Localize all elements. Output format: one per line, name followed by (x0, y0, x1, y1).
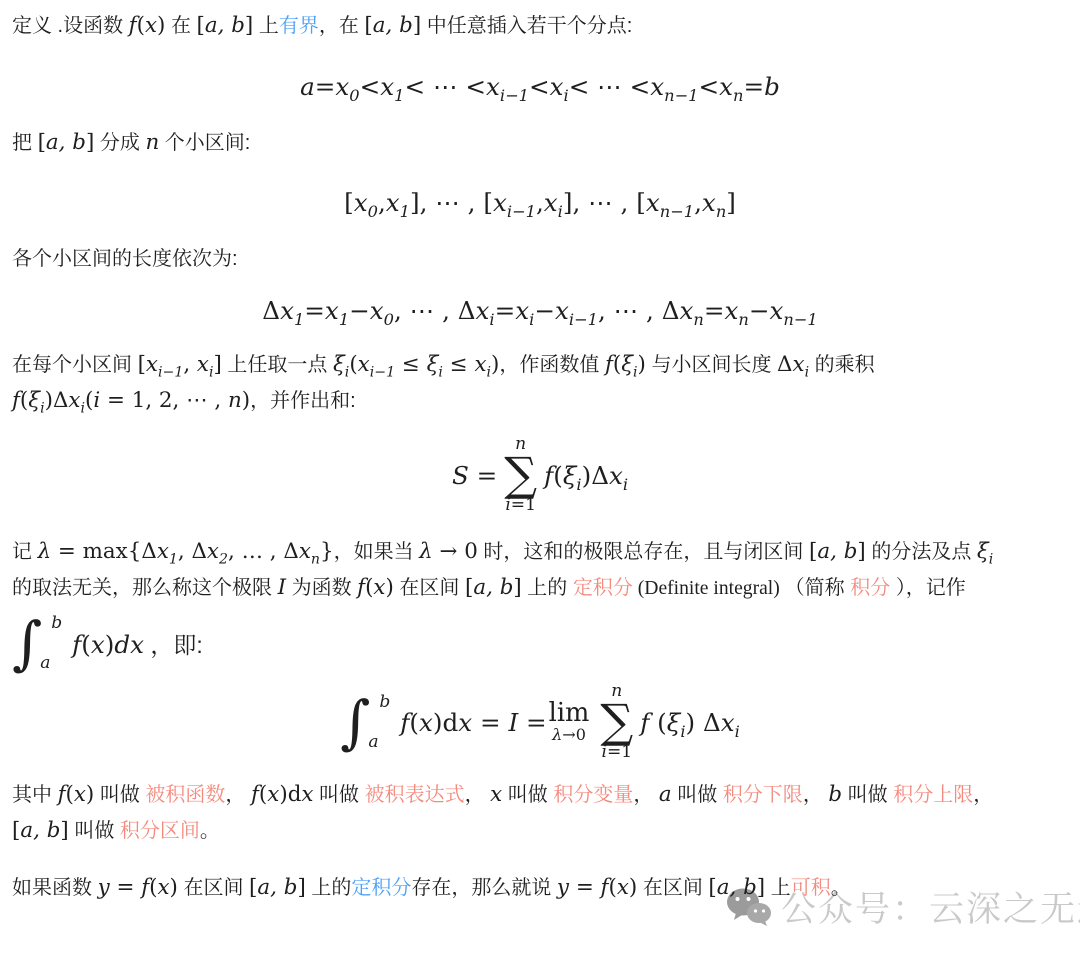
text-run: 时，这和的极限总存在，且与闭区间 (478, 541, 809, 563)
text-run: ] (513, 575, 521, 600)
highlight-term: 积分 (850, 577, 890, 599)
text-run: ，在 (319, 15, 365, 37)
text-run: , (536, 188, 544, 217)
text-run: a, b (46, 130, 86, 155)
formula-delta-x: Δx1 = x1 − x0, ⋯ , Δxi = xi − xi−1, ⋯ , … (12, 296, 1068, 325)
text-run: xi (792, 352, 809, 377)
text-run: ], ⋯ , [ (410, 188, 493, 217)
integral-limits: b a (370, 692, 390, 752)
text-run: [ (344, 188, 354, 217)
text-run: ] (60, 818, 68, 843)
text-run: 记 (12, 541, 38, 563)
text-run: 为函数 (286, 577, 357, 599)
text-run: b (764, 72, 780, 101)
text-run: ) (45, 388, 53, 413)
text-run: xn (679, 296, 703, 325)
text-run: x0 (354, 188, 378, 217)
text-run: 个小区间: (159, 132, 250, 154)
text-run: xi (68, 388, 85, 413)
text-run: [ (38, 130, 46, 155)
text-run: − (749, 296, 770, 325)
text-run: 在区间 (394, 577, 465, 599)
highlight-term: 被积函数 (145, 784, 225, 806)
text-run: n (145, 130, 159, 155)
link-term[interactable]: 有界 (279, 15, 319, 37)
text-run: xn (702, 188, 726, 217)
text-run: ) (638, 352, 646, 377)
text-run: 定义 .设函数 (12, 15, 129, 37)
text-run: < ⋯ < (569, 72, 651, 101)
text-run: ， (803, 784, 829, 806)
text-run: xi (609, 461, 628, 490)
text-run: ( (613, 352, 621, 377)
text-run: x1 (157, 539, 178, 564)
sigma-icon: ∑ (504, 453, 537, 497)
text-run: 在区间 (178, 877, 249, 899)
text-run: } (320, 539, 334, 564)
text-run: =1 (511, 495, 536, 515)
text-run: 存在，那么就说 (411, 877, 557, 899)
text-run: 其中 (12, 784, 58, 806)
text-run: ) (629, 875, 637, 900)
text-run: , (378, 188, 386, 217)
text-run: f (251, 782, 259, 807)
text-run: n (228, 388, 242, 413)
text-run: ξi (563, 461, 582, 490)
lim-label: lim (549, 701, 590, 727)
text-run: x0 (335, 72, 359, 101)
text-run: → 0 (433, 539, 478, 564)
text-run: x (301, 782, 313, 807)
formula-definite-integral: ∫ b a f(x)dx = I = lim λ→0 n ∑ i=1 f (ξi… (12, 683, 1068, 761)
text-run: a, b (20, 818, 60, 843)
text-run: b (828, 782, 842, 807)
text-run: = max{Δ (51, 539, 157, 564)
text-run: xi (476, 296, 495, 325)
highlight-term: 积分下限 (723, 784, 803, 806)
highlight-term: 积分区间 (120, 820, 200, 842)
text-run: xn−1 (646, 188, 694, 217)
text-run: Δ (777, 352, 792, 377)
text-run: =1 (607, 742, 632, 762)
text-run: x (490, 782, 502, 807)
text-run: I (278, 575, 286, 600)
text-run: ， (465, 784, 491, 806)
text-run: 分成 (94, 132, 145, 154)
text-run: 。 (200, 820, 220, 842)
text-run: x (145, 13, 157, 38)
text-run: ] (757, 875, 765, 900)
text-run: ) (170, 875, 178, 900)
text-run: a (368, 732, 378, 752)
text-run: f (605, 352, 613, 377)
text-run: a, b (257, 875, 297, 900)
text-run: ( (553, 461, 563, 490)
text-run: ) (279, 782, 287, 807)
text-run: ，并作出和: (250, 390, 356, 412)
text-run: a (659, 782, 672, 807)
text-run: < (699, 72, 720, 101)
text-run: ξi (977, 539, 993, 564)
text-run: ξi (28, 388, 44, 413)
text-run: a, b (205, 13, 245, 38)
text-run: = (569, 875, 601, 900)
inline-integral-notation: ∫ b a f(x)dx ，即: (12, 613, 1068, 673)
text-run: = (704, 296, 725, 325)
text-run: d (288, 782, 302, 807)
text-run: , (183, 352, 197, 377)
text-run: = (472, 708, 508, 737)
text-run: a, b (473, 575, 513, 600)
text-run: λ (38, 539, 52, 564)
text-run: d (443, 708, 459, 737)
highlight-term: 积分变量 (553, 784, 633, 806)
text-run: x2 (207, 539, 228, 564)
paragraph-sample-points: 在每个小区间 [xi−1, xi] 上任取一点 ξi(xi−1 ≤ ξi ≤ x… (12, 347, 1068, 418)
text-run: x (458, 708, 472, 737)
sigma-stack: n ∑ i=1 (600, 683, 633, 761)
text-run: [ (364, 13, 372, 38)
text-run: < (360, 72, 381, 101)
text-run: b (379, 692, 390, 712)
text-run: = 1, 2, ⋯ , (100, 388, 228, 413)
integral-limits: b a (42, 613, 62, 673)
formula-partition-points: a = x0 < x1 < ⋯ < xi−1 < xi < ⋯ < xn−1 <… (12, 72, 1068, 101)
text-run: xi (197, 352, 214, 377)
text-run: , (694, 188, 702, 217)
text-run: xn (719, 72, 743, 101)
text-run: ) (686, 708, 696, 737)
integral-upper-limit: b (379, 692, 390, 712)
definite-integral-middle: f(x)dx = I = (400, 708, 546, 737)
text-run: 在区间 (637, 877, 708, 899)
highlight-term: 可积 (791, 877, 831, 899)
formula-subintervals: [x0, x1], ⋯ , [xi−1, xi], ⋯ , [xn−1, xn] (12, 188, 1068, 217)
text-run: = (495, 296, 516, 325)
text-run: − (349, 296, 370, 325)
text-run: 叫做 (502, 784, 553, 806)
text-run: xi−1 (493, 188, 536, 217)
text-run: f (544, 461, 553, 490)
text-run: xi−1 (358, 352, 395, 377)
paragraph-integrable: 如果函数 y = f(x) 在区间 [a, b] 上的定积分存在，那么就说 y … (12, 870, 1068, 906)
sigma-stack: n ∑ i=1 (504, 436, 537, 514)
text-run: ) (386, 575, 394, 600)
text-run: x (130, 630, 144, 659)
text-run: xn−1 (769, 296, 817, 325)
text-run: Δ (262, 296, 280, 325)
text-run: f (141, 875, 149, 900)
text-run: 叫做 (672, 784, 723, 806)
text-run: 在每个小区间 (12, 354, 138, 376)
text-run: 叫做 (842, 784, 893, 806)
paragraph-terminology: 其中 f(x) 叫做 被积函数， f(x)dx 叫做 被积表达式， x 叫做 积… (12, 777, 1068, 848)
text-run: < (529, 72, 550, 101)
text-run: , Δ (178, 539, 207, 564)
text-run: xi (474, 352, 491, 377)
inline-integral-expression: f(x)dx ，即: (72, 627, 203, 660)
text-run: f (640, 708, 649, 737)
text-run: ，即: (144, 632, 203, 658)
paragraph-limit-definition: 记 λ = max{Δx1, Δx2, … , Δxn}，如果当 λ → 0 时… (12, 534, 1068, 605)
text-run: xi−1 (146, 352, 183, 377)
text-run: a, b (817, 539, 857, 564)
text-run: ，作函数值 (499, 354, 605, 376)
text-run: xi (515, 296, 534, 325)
text-run: [ (708, 875, 716, 900)
text-run: ），记作 (890, 577, 966, 599)
sigma-lower-limit: i=1 (601, 744, 632, 761)
text-run: ( (608, 875, 616, 900)
text-run: 如果函数 (12, 877, 98, 899)
text-run: 上任取一点 (222, 354, 333, 376)
integral-lower-limit: a (40, 653, 62, 673)
text-run: a (40, 653, 50, 673)
text-run: 叫做 (94, 784, 145, 806)
sigma-icon: ∑ (600, 700, 633, 744)
text-run: ， (973, 784, 993, 806)
text-run: x (157, 875, 169, 900)
text-run: →0 (562, 725, 586, 744)
text-run: ], ⋯ , [ (563, 188, 646, 217)
text-run: x0 (370, 296, 394, 325)
text-run: f (129, 13, 137, 38)
text-run: 叫做 (313, 784, 364, 806)
integral-sign: ∫ b a (12, 613, 62, 673)
text-run: f (357, 575, 365, 600)
text-run: = (469, 461, 497, 490)
integral-icon: ∫ (340, 693, 370, 751)
text-run: ( (349, 352, 357, 377)
text-run: xn−1 (650, 72, 698, 101)
text-run: < ⋯ < (405, 72, 487, 101)
text-run: ( (409, 708, 419, 737)
text-run: Δ (591, 461, 609, 490)
highlight-term: 积分上限 (893, 784, 973, 806)
text-run: 上 (253, 15, 279, 37)
text-run: 上的 (522, 577, 573, 599)
text-run: [ (197, 13, 205, 38)
text-run: ξi (427, 352, 443, 377)
lim-condition: λ→0 (552, 727, 586, 743)
text-run: = (315, 72, 336, 101)
text-run: = (304, 296, 325, 325)
text-run: ) (582, 461, 592, 490)
paragraph-split-intervals: 把 [a, b] 分成 n 个小区间: (12, 125, 1068, 161)
text-run: ] (726, 188, 736, 217)
text-run: xi−1 (555, 296, 598, 325)
link-term[interactable]: 定积分 (351, 877, 411, 899)
text-run: lim (549, 698, 590, 728)
text-run: 各个小区间的长度依次为: (12, 248, 238, 270)
integral-upper-limit: b (51, 613, 62, 633)
highlight-term: 被积表达式 (365, 784, 465, 806)
integral-lower-limit: a (368, 732, 390, 752)
text-run: x (74, 782, 86, 807)
text-run: 把 (12, 132, 38, 154)
text-run: ] (413, 13, 421, 38)
text-run: x (373, 575, 385, 600)
text-run: ] (857, 539, 865, 564)
text-run: 叫做 (69, 820, 120, 842)
text-run: Δ (53, 388, 68, 413)
text-run: ( (137, 13, 145, 38)
text-run: ) (242, 388, 250, 413)
text-run: x (419, 708, 433, 737)
text-run: ， (225, 784, 251, 806)
text-run: y (557, 875, 569, 900)
text-run: y (98, 875, 110, 900)
text-run: = (110, 875, 142, 900)
text-run: ≤ (443, 352, 475, 377)
integral-icon: ∫ (12, 614, 42, 672)
text-run: x (91, 630, 105, 659)
document-page: 定义 .设函数 f(x) 在 [a, b] 上有界，在 [a, b] 中任意插入… (0, 0, 1080, 954)
text-run: b (51, 613, 62, 633)
lim-stack: lim λ→0 (549, 701, 590, 743)
text-run: xn (299, 539, 320, 564)
text-run: , ⋯ , Δ (598, 296, 680, 325)
text-run: ( (259, 782, 267, 807)
text-run: ) (433, 708, 443, 737)
text-run: x (617, 875, 629, 900)
text-run: 上 (765, 877, 791, 899)
text-run: − (534, 296, 555, 325)
text-run: ] (214, 352, 222, 377)
text-run: ，如果当 (334, 541, 420, 563)
text-run: 的乘积 (809, 354, 875, 376)
text-run: [ (138, 352, 146, 377)
text-run: x1 (325, 296, 349, 325)
text-run: , ⋯ , Δ (394, 296, 476, 325)
paragraph-interval-lengths: 各个小区间的长度依次为: (12, 243, 1068, 276)
text-run: x1 (386, 188, 410, 217)
text-run: xi (544, 188, 563, 217)
text-run: 的取法无关，那么称这个极限 (12, 577, 278, 599)
text-run: I (508, 708, 518, 737)
riemann-sum-lhs: S = (452, 461, 497, 490)
formula-riemann-sum: S = n ∑ i=1 f(ξi)Δxi (12, 436, 1068, 514)
text-run: 在 (165, 15, 196, 37)
text-run: ) (105, 630, 115, 659)
text-run: xn (724, 296, 748, 325)
text-run: ( (649, 708, 666, 737)
text-run: ， (633, 784, 659, 806)
text-run: (Definite integral) (633, 578, 785, 599)
text-run: a, b (373, 13, 413, 38)
text-run: xi (721, 708, 740, 737)
text-run: x (267, 782, 279, 807)
text-run: a, b (717, 875, 757, 900)
text-run: f (12, 388, 20, 413)
text-run: = (518, 708, 546, 737)
text-run: f (72, 630, 81, 659)
text-run: ( (81, 630, 91, 659)
text-run: 上的 (306, 877, 352, 899)
text-run: ξi (621, 352, 637, 377)
text-run: xi−1 (486, 72, 529, 101)
text-run: 的分法及点 (866, 541, 977, 563)
paragraph-definition-intro: 定义 .设函数 f(x) 在 [a, b] 上有界，在 [a, b] 中任意插入… (12, 8, 1068, 44)
text-run: 中任意插入若干个分点: (421, 15, 632, 37)
text-run: Δ (695, 708, 721, 737)
sigma-lower-limit: i=1 (505, 497, 536, 514)
text-run: λ (419, 539, 433, 564)
text-run: S (452, 461, 469, 490)
text-run: a (300, 72, 315, 101)
text-run: xi (550, 72, 569, 101)
text-run: ξi (333, 352, 349, 377)
text-run: 。 (831, 877, 851, 899)
text-run: （简称 (785, 577, 851, 599)
highlight-term: 定积分 (573, 577, 633, 599)
text-run: ] (297, 875, 305, 900)
text-run: , … , Δ (228, 539, 299, 564)
text-run: ( (65, 782, 73, 807)
text-run: 与小区间长度 (646, 354, 777, 376)
integral-sign: ∫ b a (340, 692, 390, 752)
text-run: x1 (380, 72, 404, 101)
definite-integral-rhs: f (ξi) Δxi (640, 708, 740, 737)
text-run: λ (552, 725, 562, 744)
text-run: = (744, 72, 765, 101)
riemann-sum-rhs: f(ξi)Δxi (544, 461, 628, 490)
text-run: d (114, 630, 130, 659)
text-run: ≤ (395, 352, 427, 377)
text-run: ξi (667, 708, 686, 737)
text-run: x1 (280, 296, 304, 325)
